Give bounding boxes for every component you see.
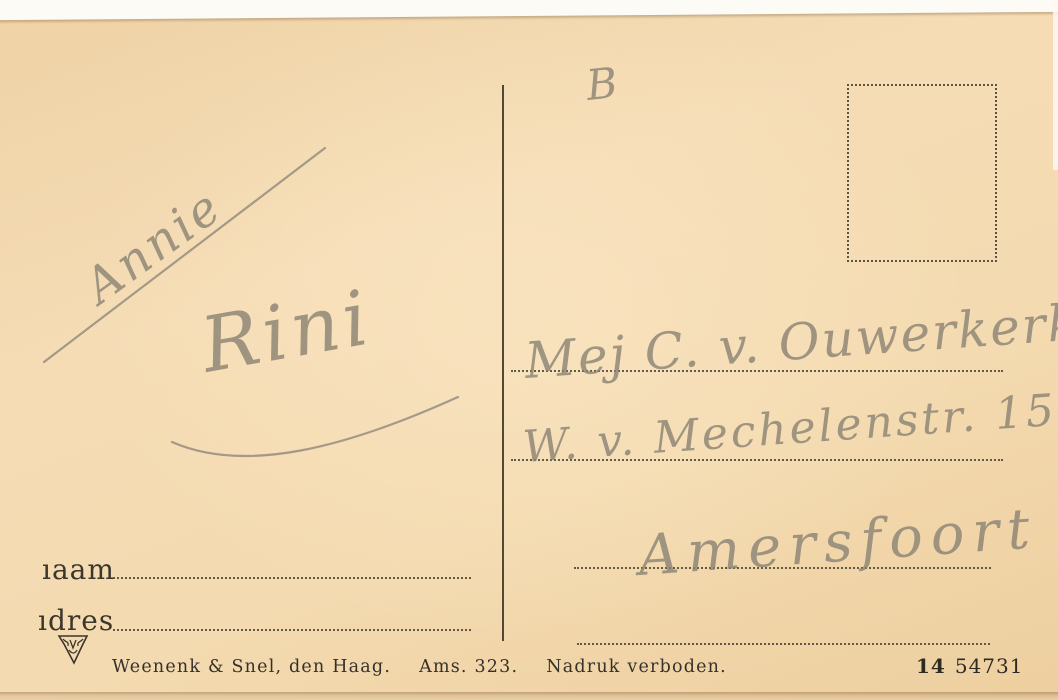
address-line-2: W. v. Mechelenstr. 15.: [521, 384, 1058, 473]
sender-note-rini: Rini: [193, 272, 379, 390]
pencil-mark-b: B: [583, 58, 620, 110]
address-line-1: Mej C. v. Ouwerkerk .: [522, 291, 1058, 390]
handwriting-layer: Annie Rini B Mej C. v. Ouwerkerk . W. v.…: [0, 0, 1058, 700]
scan-right-edge: [1053, 0, 1058, 170]
sender-note-annie: Annie: [71, 178, 233, 317]
scan-bottom-edge: [0, 692, 1058, 700]
postcard-back-scan: { "postcard": { "pencil_notes": { "name_…: [0, 0, 1058, 700]
rini-underline-flourish: [172, 397, 458, 456]
address-line-3: Amersfoort: [631, 496, 1039, 589]
